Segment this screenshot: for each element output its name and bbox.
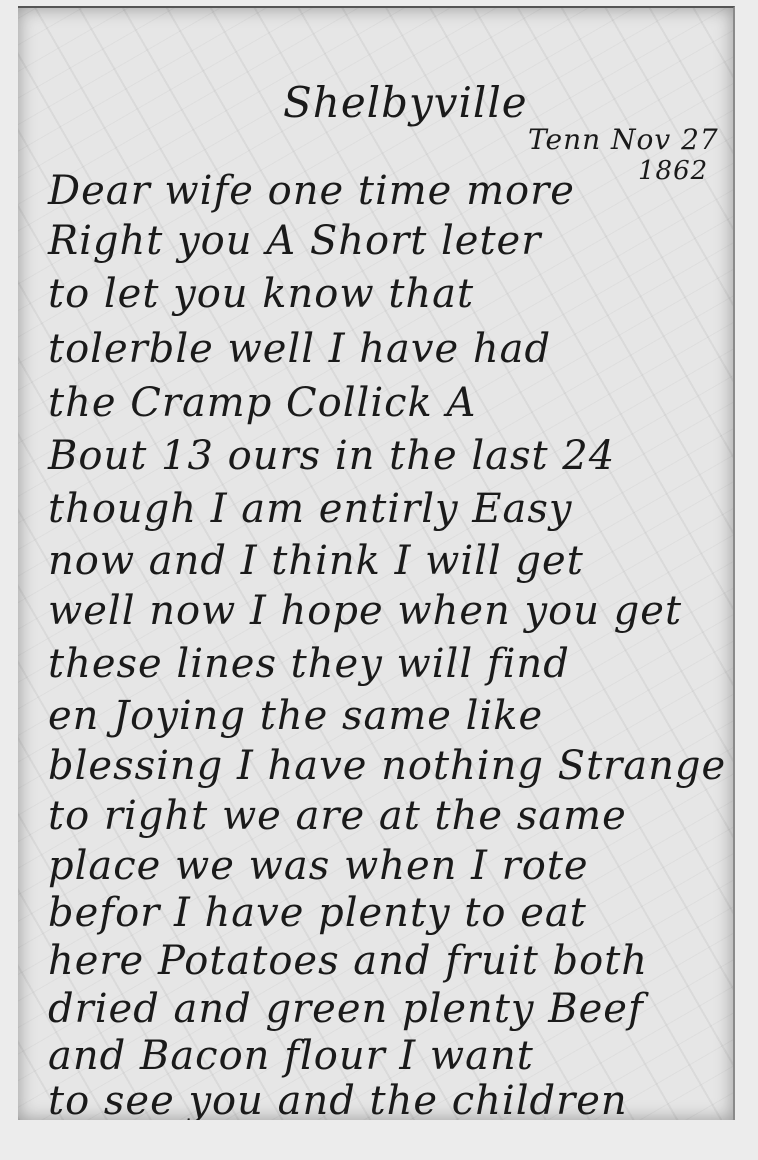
letter-place: Shelbyville — [283, 78, 528, 127]
letter-line: now and I think I will get — [48, 538, 584, 584]
letter-line: to right we are at the same — [48, 793, 627, 839]
letter-line: to see you and the children — [48, 1078, 628, 1120]
letter-line: here Potatoes and fruit both — [48, 938, 648, 984]
letter-line: blessing I have nothing Strange — [48, 743, 726, 789]
letter-line: these lines they will find — [48, 641, 570, 687]
letter-line: though I am entirly Easy — [48, 486, 572, 532]
letter-line: befor I have plenty to eat — [48, 890, 587, 936]
letter-line: dried and green plenty Beef — [48, 986, 644, 1032]
letter-date: Tenn Nov 27 — [528, 123, 719, 156]
letter-line: tolerble well I have had — [48, 326, 551, 372]
letter-line: Bout 13 ours in the last 24 — [48, 433, 615, 479]
letter-line: place we was when I rote — [48, 843, 589, 889]
letter-line: Right you A Short leter — [48, 218, 541, 264]
letter-line: the Cramp Collick A — [48, 380, 476, 426]
letter-page: Shelbyville Tenn Nov 27 1862 Dear wife o… — [18, 6, 735, 1120]
letter-line: and Bacon flour I want — [48, 1033, 534, 1079]
letter-line: well now I hope when you get — [48, 588, 682, 634]
letter-line: Dear wife one time more — [48, 168, 575, 214]
letter-line: to let you know that — [48, 271, 474, 317]
letter-year: 1862 — [638, 156, 708, 186]
letter-line: en Joying the same like — [48, 693, 543, 739]
